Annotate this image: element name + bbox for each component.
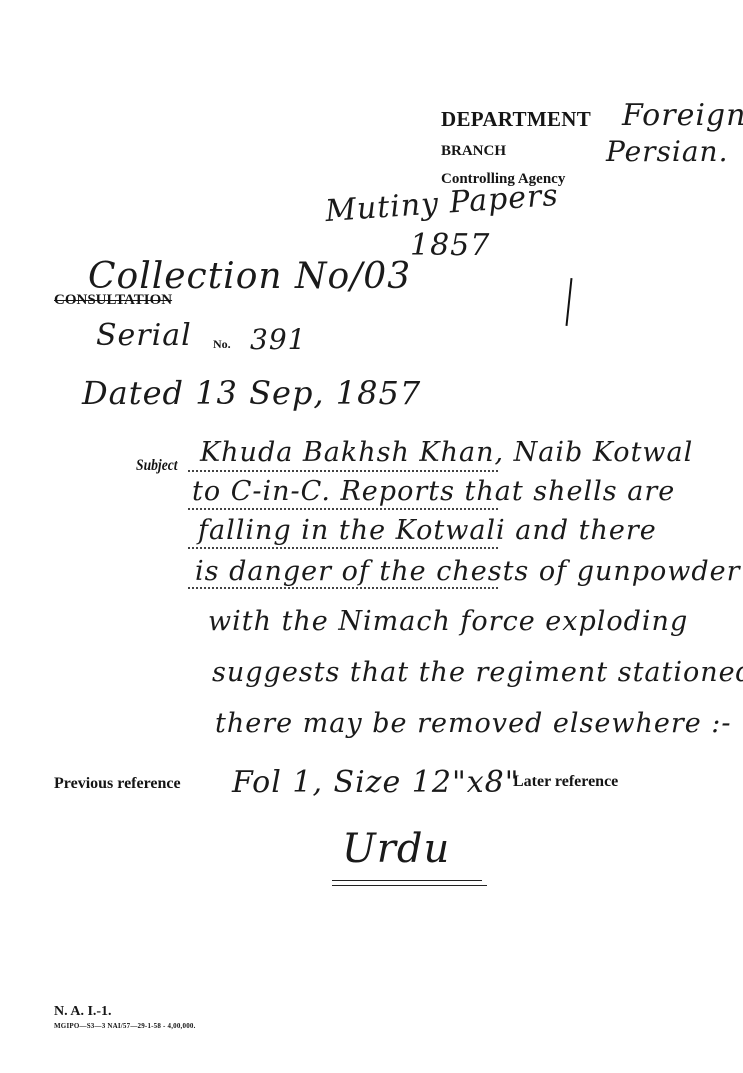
subject-dotted-line-2 <box>188 508 498 510</box>
department-label: DEPARTMENT <box>441 107 591 132</box>
subject-line: falling in the Kotwali and there <box>198 515 657 546</box>
subject-line: to C-in-C. Reports that shells are <box>192 476 675 507</box>
no-label: No. <box>213 337 231 352</box>
serial-number: 391 <box>250 323 306 356</box>
subject-line: Khuda Bakhsh Khan, Naib Kotwal <box>200 437 693 468</box>
subject-label: Subject <box>136 457 178 475</box>
department-value: Foreign <box>622 98 743 133</box>
previous-reference-label: Previous reference <box>54 775 181 793</box>
subject-line: suggests that the regiment stationed <box>212 657 743 688</box>
subject-dotted-line-4 <box>188 587 498 589</box>
branch-label: BRANCH <box>441 143 506 160</box>
subject-line: there may be removed elsewhere :- <box>215 708 732 739</box>
vertical-mark <box>565 278 572 326</box>
collection-note: Collection No/03 <box>88 256 411 297</box>
later-reference-label: Later reference <box>513 773 618 791</box>
subject-dotted-line-1 <box>188 470 498 472</box>
branch-value: Persian. <box>606 135 729 168</box>
subject-line: is danger of the chests of gunpowder <box>195 556 741 587</box>
agency-value: Mutiny Papers <box>324 178 560 229</box>
subject-dotted-line-3 <box>188 547 498 549</box>
subject-line: with the Nimach force exploding <box>208 606 688 637</box>
language-underline <box>332 880 482 881</box>
form-code: N. A. I.-1. <box>54 1004 112 1020</box>
language-underline-2 <box>332 885 487 886</box>
print-line: MGIPO—S3—3 NAI/57—29-1-58 - 4,00,000. <box>54 1022 196 1030</box>
agency-year: 1857 <box>410 228 490 263</box>
serial-prefix: Serial <box>96 318 192 353</box>
language-note: Urdu <box>342 826 450 872</box>
date-value: Dated 13 Sep, 1857 <box>82 374 421 412</box>
folio-size-note: Fol 1, Size 12"x8" <box>232 765 520 800</box>
consultation-label: CONSULTATION <box>54 292 172 309</box>
